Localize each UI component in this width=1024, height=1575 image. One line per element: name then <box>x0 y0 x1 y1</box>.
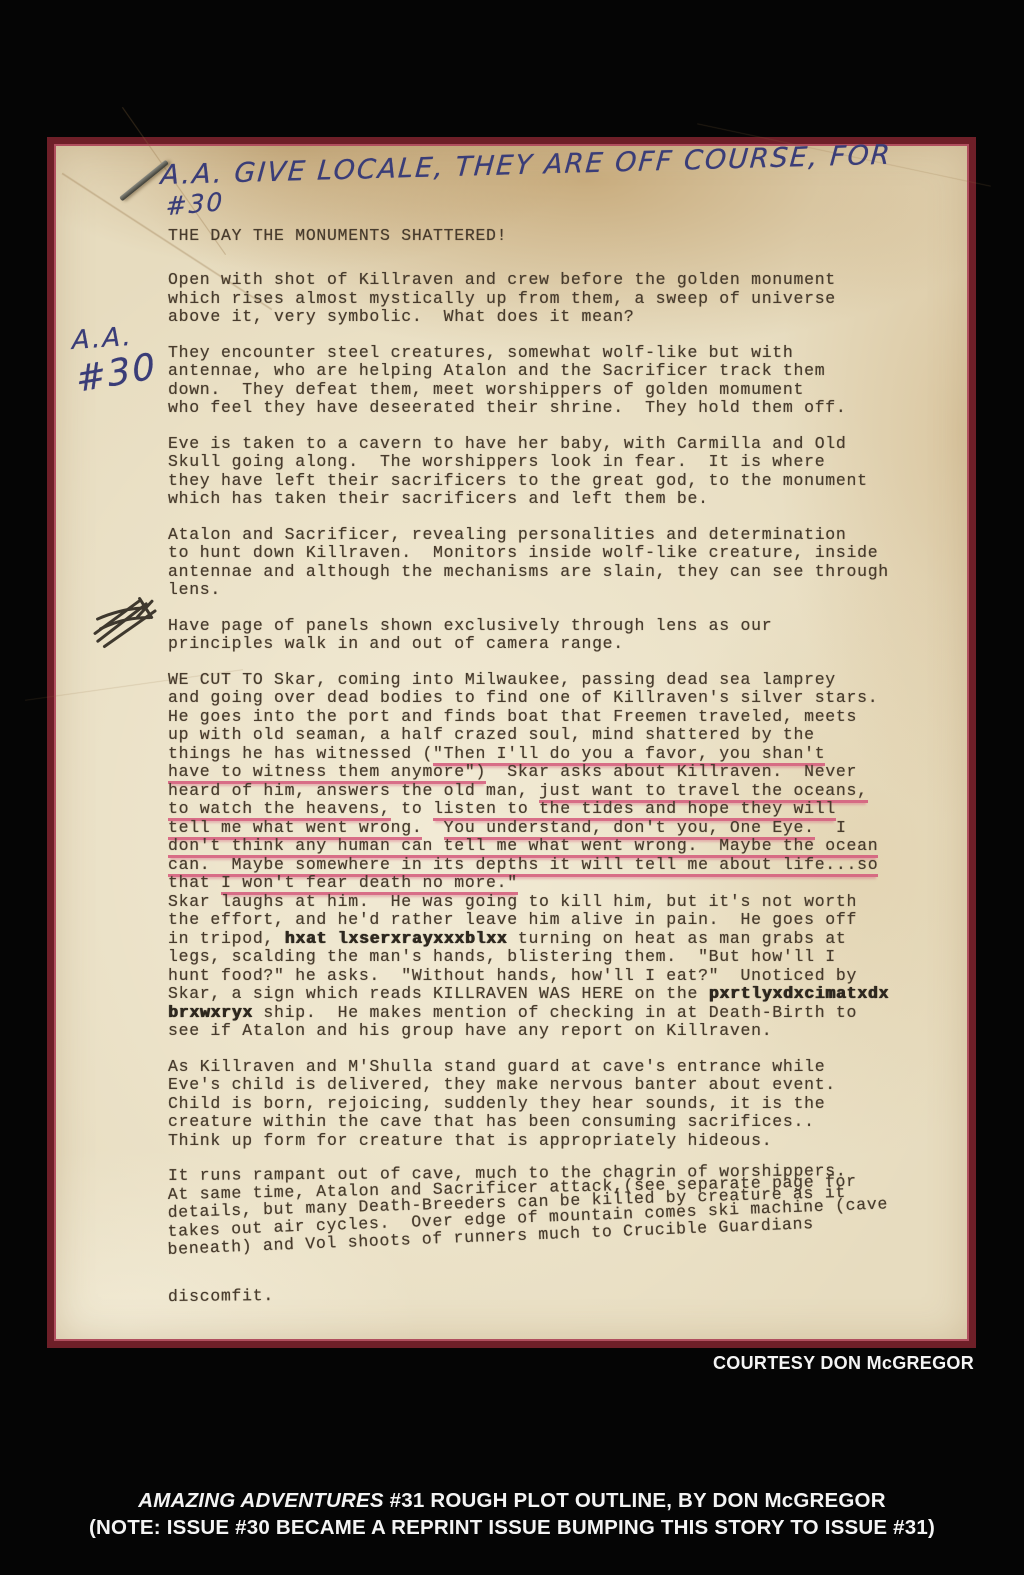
typed-paragraph: Open with shot of Killraven and crew bef… <box>168 271 974 327</box>
typed-line: WE CUT TO Skar, coming into Milwaukee, p… <box>168 671 974 690</box>
typed-line: Skull going along. The worshippers look … <box>168 453 974 472</box>
caption-series-title: AMAZING ADVENTURES <box>138 1489 383 1512</box>
typed-paragraph: It runs rampant out of cave, much to the… <box>168 1167 974 1260</box>
typed-line: hunt food?" he asks. "Without hands, how… <box>168 967 974 986</box>
typed-line: creature within the cave that has been c… <box>168 1113 974 1132</box>
typed-line: can. Maybe somewhere in its depths it wi… <box>168 856 974 875</box>
scanned-page: A.A. GIVE LOCALE, THEY ARE OFF COURSE, F… <box>47 137 976 1348</box>
typed-line: He goes into the port and finds boat tha… <box>168 708 974 727</box>
caption-line-2: (NOTE: ISSUE #30 BECAME A REPRINT ISSUE … <box>0 1514 1024 1541</box>
typed-line: discomfit. <box>168 1280 974 1306</box>
handwritten-top-number: #30 <box>165 187 224 221</box>
typed-line: which has taken their sacrificers and le… <box>168 490 974 509</box>
handwritten-top-note: A.A. GIVE LOCALE, THEY ARE OFF COURSE, F… <box>160 140 893 191</box>
typed-line: They encounter steel creatures, somewhat… <box>168 344 974 363</box>
typed-line: Eve is taken to a cavern to have her bab… <box>168 435 974 454</box>
typed-paragraph: Eve is taken to a cavern to have her bab… <box>168 435 974 509</box>
typed-line: Open with shot of Killraven and crew bef… <box>168 271 974 290</box>
typed-line: As Killraven and M'Shulla stand guard at… <box>168 1058 974 1077</box>
courtesy-credit: COURTESY DON McGREGOR <box>713 1353 974 1374</box>
typed-line: the effort, and he'd rather leave him al… <box>168 911 974 930</box>
typed-line: Skar, a sign which reads KILLRAVEN WAS H… <box>168 985 974 1004</box>
typed-paragraph: discomfit. <box>168 1288 974 1307</box>
document-title: THE DAY THE MONUMENTS SHATTERED! <box>168 226 974 245</box>
typed-line: Have page of panels shown exclusively th… <box>168 617 974 636</box>
typed-line: tell me what went wrong. You understand,… <box>168 819 974 838</box>
typed-line: and going over dead bodies to find one o… <box>168 689 974 708</box>
typed-line: antennae, who are helping Atalon and the… <box>168 362 974 381</box>
typed-line: don't think any human can tell me what w… <box>168 837 974 856</box>
typed-line: which rises almost mystically up from th… <box>168 290 974 309</box>
typed-line: things he has witnessed ("Then I'll do y… <box>168 745 974 764</box>
typed-paragraphs: Open with shot of Killraven and crew bef… <box>168 271 974 1306</box>
typed-line: in tripod, hxat lxserxrayxxxblxx turning… <box>168 930 974 949</box>
typed-line: lens. <box>168 581 974 600</box>
photo-canvas: { "page": { "frame_color": "#6e1f28", "p… <box>0 0 1024 1575</box>
typed-line: legs, scalding the man's hands, blisteri… <box>168 948 974 967</box>
typed-line: Skar laughs at him. He was going to kill… <box>168 893 974 912</box>
typed-line: to hunt down Killraven. Monitors inside … <box>168 544 974 563</box>
typed-line: up with old seaman, a half crazed soul, … <box>168 726 974 745</box>
scribble-mark <box>87 590 166 653</box>
typed-document: THE DAY THE MONUMENTS SHATTERED! Open wi… <box>168 226 974 1323</box>
typed-paragraph: Atalon and Sacrificer, revealing persona… <box>168 526 974 600</box>
caption-line-1-rest: #31 ROUGH PLOT OUTLINE, BY DON McGREGOR <box>384 1489 886 1512</box>
typed-line: Think up form for creature that is appro… <box>168 1132 974 1151</box>
typed-line: Child is born, rejoicing, suddenly they … <box>168 1095 974 1114</box>
typed-line: who feel they have deseerated their shri… <box>168 399 974 418</box>
typed-line: principles walk in and out of camera ran… <box>168 635 974 654</box>
typed-paragraph: Have page of panels shown exclusively th… <box>168 617 974 654</box>
caption-line-1: AMAZING ADVENTURES #31 ROUGH PLOT OUTLIN… <box>0 1487 1024 1514</box>
typed-line: down. They defeat them, meet worshippers… <box>168 381 974 400</box>
typed-line: above it, very symbolic. What does it me… <box>168 308 974 327</box>
typed-line: they have left their sacrificers to the … <box>168 472 974 491</box>
typed-paragraph: They encounter steel creatures, somewhat… <box>168 344 974 418</box>
typed-line: brxwxryx ship. He makes mention of check… <box>168 1004 974 1023</box>
typed-line: antennae and although the mechanisms are… <box>168 563 974 582</box>
typed-paragraph: WE CUT TO Skar, coming into Milwaukee, p… <box>168 671 974 1041</box>
typed-line: Eve's child is delivered, they make nerv… <box>168 1076 974 1095</box>
typed-paragraph: As Killraven and M'Shulla stand guard at… <box>168 1058 974 1151</box>
typed-line: Atalon and Sacrificer, revealing persona… <box>168 526 974 545</box>
typed-line: heard of him, answers the old man, just … <box>168 782 974 801</box>
typed-line: have to witness them anymore") Skar asks… <box>168 763 974 782</box>
typed-line: see if Atalon and his group have any rep… <box>168 1022 974 1041</box>
bottom-caption: AMAZING ADVENTURES #31 ROUGH PLOT OUTLIN… <box>0 1487 1024 1541</box>
